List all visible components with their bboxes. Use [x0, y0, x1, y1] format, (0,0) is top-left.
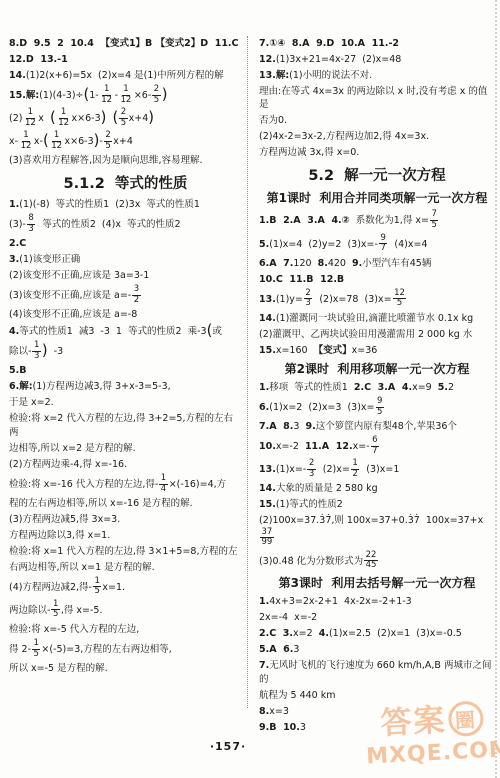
- answer-key-text: 3.: [9, 254, 19, 265]
- answer-key-text: 14.: [9, 70, 26, 81]
- answer-key-text: 5.: [438, 382, 448, 393]
- answer-key-text: 6.: [259, 402, 269, 413]
- answer-line: 1.(1)(-8) 等式的性质1 (2)3x 等式的性质1: [9, 198, 242, 211]
- answer-key-text: 8.: [259, 706, 269, 717]
- answer-line: 2x=-4 x=-2: [259, 611, 495, 624]
- big-parenthesis: ): [42, 342, 48, 359]
- big-parenthesis: (: [43, 132, 49, 149]
- answer-line: 15.x=160 【变式】x=36: [259, 344, 495, 357]
- answer-line: 除以-13) -3: [9, 341, 242, 362]
- answer-line: 15.解:(1)(4-3)÷(1-112-112×6-25): [9, 85, 242, 106]
- fraction: 15: [93, 577, 101, 598]
- answer-key-text: 2.C 3.: [259, 628, 293, 639]
- answer-line: (2)该变形不正确,应该是 3a=3-1: [9, 269, 242, 282]
- answer-line: 10.x=-2 11.A 12.x=-67: [259, 436, 495, 457]
- answer-key-text: 7.: [259, 660, 269, 671]
- answers-column-right: 7.①④ 8.A 9.D 10.A 11.-212.(1)3x+21=4x-27…: [259, 37, 495, 737]
- answer-key-text: 8.D 9.5 2 10.4 【变式1】B 【变式2】D 11.C: [9, 38, 239, 49]
- fraction: 32: [132, 285, 140, 306]
- fraction: 25: [119, 108, 127, 129]
- section-heading: 第3课时 利用去括号解一元一次方程: [259, 575, 495, 592]
- answer-line: 边相等,所以 x=2 是方程的解.: [9, 442, 242, 455]
- answer-key-text: 7.①④ 8.A 9.D 10.A 11.-2: [259, 38, 399, 49]
- answer-line: (3)-83 等式的性质2 (4)x 等式的性质2: [9, 214, 242, 235]
- fraction: 25: [104, 131, 112, 152]
- answer-key-text: 10.: [259, 441, 276, 452]
- answer-line: 6.解:(1)方程两边减3,得 3+x-3=5-3,: [9, 380, 242, 393]
- fraction: 14: [159, 474, 167, 495]
- column-divider: [247, 36, 248, 708]
- answer-line: 右两边相等,所以 x=1 是方程的解.: [9, 561, 242, 574]
- fraction: 23: [304, 289, 312, 310]
- answer-key-text: 10.C 11.B 12.B: [259, 274, 344, 285]
- answer-key-text: 15.解:: [9, 90, 39, 101]
- answer-line: 方程两边除以3,得 x=1.: [9, 529, 242, 542]
- answer-line: 6.A 7.120 8.420 9.小型汽车有45辆: [259, 257, 495, 270]
- watermark-circle-badge: 圈: [448, 700, 485, 737]
- answer-key-text: 6.A 7.: [259, 258, 293, 269]
- answer-line: 所以 x=-5 是方程的解.: [9, 662, 242, 675]
- answer-line: 5.B: [9, 364, 242, 377]
- answer-line: (2)100x=37.3̇7̇,则 100x=37+0.3̇7̇ 100x=37…: [259, 514, 495, 548]
- big-parenthesis: ): [148, 109, 154, 126]
- answer-line: 3.(1)该变形正确: [9, 253, 242, 266]
- answer-key-text: 13.: [259, 293, 276, 304]
- answer-line: 14.(1)灌溉同一块试验田,滴灌比喷灌节水 0.1x kg: [259, 312, 495, 325]
- fraction: 112: [57, 108, 71, 129]
- answer-line: 12.(1)3x+21=4x-27 (2)x=48: [259, 53, 495, 66]
- fraction: 15: [51, 600, 59, 621]
- answer-key-text: 1.: [9, 199, 19, 210]
- fraction: 12: [351, 459, 359, 480]
- answer-line: (4)方程两边减2,得-15x=1.: [9, 577, 242, 598]
- answer-line: 14.大象的质量是 2 580 kg: [259, 482, 495, 495]
- answer-key-text: 1.B 2.A 3.A 4.②: [259, 215, 350, 226]
- answer-line: 理由:在等式 4x=3x 的两边除以 x 时,没有考虑 x 的值是: [259, 85, 495, 112]
- fraction: 67: [371, 436, 379, 457]
- fraction: 13: [32, 341, 40, 362]
- answers-column-left: 8.D 9.5 2 10.4 【变式1】B 【变式2】D 11.C12.D 13…: [9, 37, 242, 678]
- answer-key-text: 2.C 3.A 4.: [354, 382, 412, 393]
- answer-key-text: 15.: [259, 345, 276, 356]
- answer-line: (2)112x (112x×6-3) (25x+4): [9, 108, 242, 129]
- section-heading: 第1课时 利用合并同类项解一元一次方程: [259, 190, 495, 207]
- answer-line: 8.D 9.5 2 10.4 【变式1】B 【变式2】D 11.C: [9, 37, 242, 50]
- section-heading: 第2课时 利用移项解一元一次方程: [259, 361, 495, 378]
- answer-key-text: 12.D 13.-1: [9, 54, 68, 65]
- answer-line: x-112x-(112x×6-3)-25x+4: [9, 131, 242, 152]
- answer-line: 4.等式的性质1 减3 -3 1 等式的性质2 乘-3(或: [9, 324, 242, 339]
- answer-line: (3)喜欢用方程解答,因为是顺向思维,容易理解.: [9, 154, 242, 167]
- answer-line: 于是 x=2.: [9, 396, 242, 409]
- answer-key-text: 7.A 8.: [259, 421, 293, 432]
- fraction: 112: [100, 85, 114, 106]
- answer-book-page: 8.D 9.5 2 10.4 【变式1】B 【变式2】D 11.C12.D 13…: [0, 0, 500, 778]
- answer-key-text: 14.: [259, 483, 276, 494]
- answer-line: 7.A 8.3 9.这个箩筐内原有梨48个,苹果36个: [259, 420, 495, 433]
- watermark: 答案圈 MXQE.COM: [363, 692, 500, 770]
- answer-line: 两边除以-15,得 x=-5.: [9, 600, 242, 621]
- big-parenthesis: ): [94, 132, 100, 149]
- answer-line: 15.(1)等式的性质2: [259, 498, 495, 511]
- answer-line: 7.无风时飞机的飞行速度为 660 km/h,A,B 两城市之间的: [259, 659, 495, 686]
- fraction: 25: [152, 85, 160, 106]
- answer-line: (2)4x-2=3x-2,方程两边加2,得 4x=3x.: [259, 130, 495, 143]
- answer-key-text: 9.B 10.: [259, 722, 300, 733]
- answer-line: (2)灌溉甲、乙两块试验田用漫灌需用 2 000 kg 水: [259, 328, 495, 341]
- answer-key-text: 5.: [259, 238, 269, 249]
- fraction: 2245: [364, 551, 378, 572]
- answer-line: 程的左右两边相等,所以 x=-16 是方程的解.: [9, 497, 242, 510]
- answer-key-text: 8.: [318, 258, 328, 269]
- big-parenthesis: (: [84, 86, 90, 103]
- section-heading: 5.1.2 等式的性质: [9, 174, 242, 195]
- answer-line: (3)0.4̇8̇ 化为分数形式为2245: [259, 551, 495, 572]
- watermark-brand: 答案圈: [363, 692, 500, 744]
- answer-line: 检验:将 x=-5 代入方程的左边,: [9, 623, 242, 636]
- answer-line: 14.(1)2(x+6)=5x (2)x=4 是(1)中所列方程的解: [9, 69, 242, 82]
- fraction: 112: [50, 131, 64, 152]
- answer-line: 7.①④ 8.A 9.D 10.A 11.-2: [259, 37, 495, 50]
- answer-line: 检验:将 x=2 代入方程的左边,得 3+2=5,方程的左右两: [9, 412, 242, 439]
- big-parenthesis: ): [101, 109, 107, 126]
- answer-key-text: 1.: [259, 596, 269, 607]
- big-parenthesis: (: [50, 109, 56, 126]
- answer-line: (3)该变形不正确,应该是 a=-32: [9, 285, 242, 306]
- answer-line: 得 2-15×(-5)=3,方程的左右两边相等,: [9, 639, 242, 660]
- answer-key-text: 4.: [319, 628, 329, 639]
- big-parenthesis: ): [162, 86, 168, 103]
- answer-line: 1.移项 等式的性质1 2.C 3.A 4.x=9 5.2: [259, 381, 495, 394]
- answer-line: 13.解:(1)小明的说法不对.: [259, 69, 495, 82]
- answer-line: 1.B 2.A 3.A 4.② 系数化为1,得 x=75: [259, 210, 495, 231]
- watermark-brand-text: 答案: [380, 702, 448, 741]
- answer-line: 2.C: [9, 237, 242, 250]
- answer-line: 1.4x+3=2x-2+1 4x-2x=-2+1-3: [259, 595, 495, 608]
- answer-line: 否为0.: [259, 114, 495, 127]
- fraction: 97: [379, 234, 387, 255]
- fraction: 112: [23, 108, 37, 129]
- answer-key-text: 2.C: [9, 238, 26, 249]
- fraction: 112: [119, 85, 133, 106]
- answer-key-text: 4.: [9, 326, 19, 337]
- answer-key-text: 5.B: [9, 365, 26, 376]
- answer-line: 13.(1)y=23 (2)x=78 (3)x=125: [259, 289, 495, 310]
- answer-line: (4)该变形不正确,应该是 a=-8: [9, 308, 242, 321]
- answer-key-text: 9.: [306, 421, 316, 432]
- answer-key-text: 13.解:: [259, 70, 289, 81]
- fraction: 125: [393, 289, 407, 310]
- answer-line: (3)方程两边减5,得 3x=3.: [9, 513, 242, 526]
- section-heading: 5.2 解一元一次方程: [259, 166, 495, 187]
- answer-key-text: 11.A 12.: [305, 441, 353, 452]
- answer-key-text: 15.: [259, 499, 276, 510]
- answer-line: 13.(1)x=-23 (2)x=12 (3)x=1: [259, 459, 495, 480]
- fraction: 75: [430, 210, 438, 231]
- big-parenthesis: (: [112, 109, 118, 126]
- answer-line: 5.A 6.3: [259, 643, 495, 656]
- answer-line: 6.(1)x=2 (2)x=3 (3)x=95: [259, 397, 495, 418]
- answer-line: 检验:将 x=1 代入方程的左边,得 3×1+5=8,方程的左: [9, 545, 242, 558]
- answer-key-text: 13.: [259, 464, 276, 475]
- answer-key-text: 1.: [259, 382, 269, 393]
- answer-key-text: 5.A 6.: [259, 644, 293, 655]
- fraction: 3799: [260, 528, 274, 549]
- fraction: 15: [32, 639, 40, 660]
- fraction: 23: [307, 459, 315, 480]
- big-parenthesis: (: [207, 322, 213, 339]
- answer-key-text: 14.: [259, 313, 276, 324]
- answer-key-text: 12.: [259, 54, 276, 65]
- answer-key-text: 9.: [352, 258, 362, 269]
- answer-line: 5.(1)x=4 (2)y=2 (3)x=-97 (4)x=4: [259, 234, 495, 255]
- fraction: 95: [376, 397, 384, 418]
- answer-key-text: 【变式】: [314, 345, 352, 356]
- answer-line: (2)方程两边乘-4,得 x=-16.: [9, 458, 242, 471]
- answer-line: 12.D 13.-1: [9, 53, 242, 66]
- answer-line: 10.C 11.B 12.B: [259, 273, 495, 286]
- page-edge-perforation: [495, 0, 497, 778]
- answer-line: 方程两边减 3x,得 x=0.: [259, 146, 495, 159]
- fraction: 112: [19, 131, 33, 152]
- answer-line: 检验:将 x=-16 代入方程的左边,得-14×(-16)=4,方: [9, 474, 242, 495]
- answer-key-text: 6.解:: [9, 381, 33, 392]
- fraction: 83: [27, 214, 35, 235]
- answer-line: 2.C 3.x=2 4.(1)x=2.5 (2)x=1 (3)x=-0.5: [259, 627, 495, 640]
